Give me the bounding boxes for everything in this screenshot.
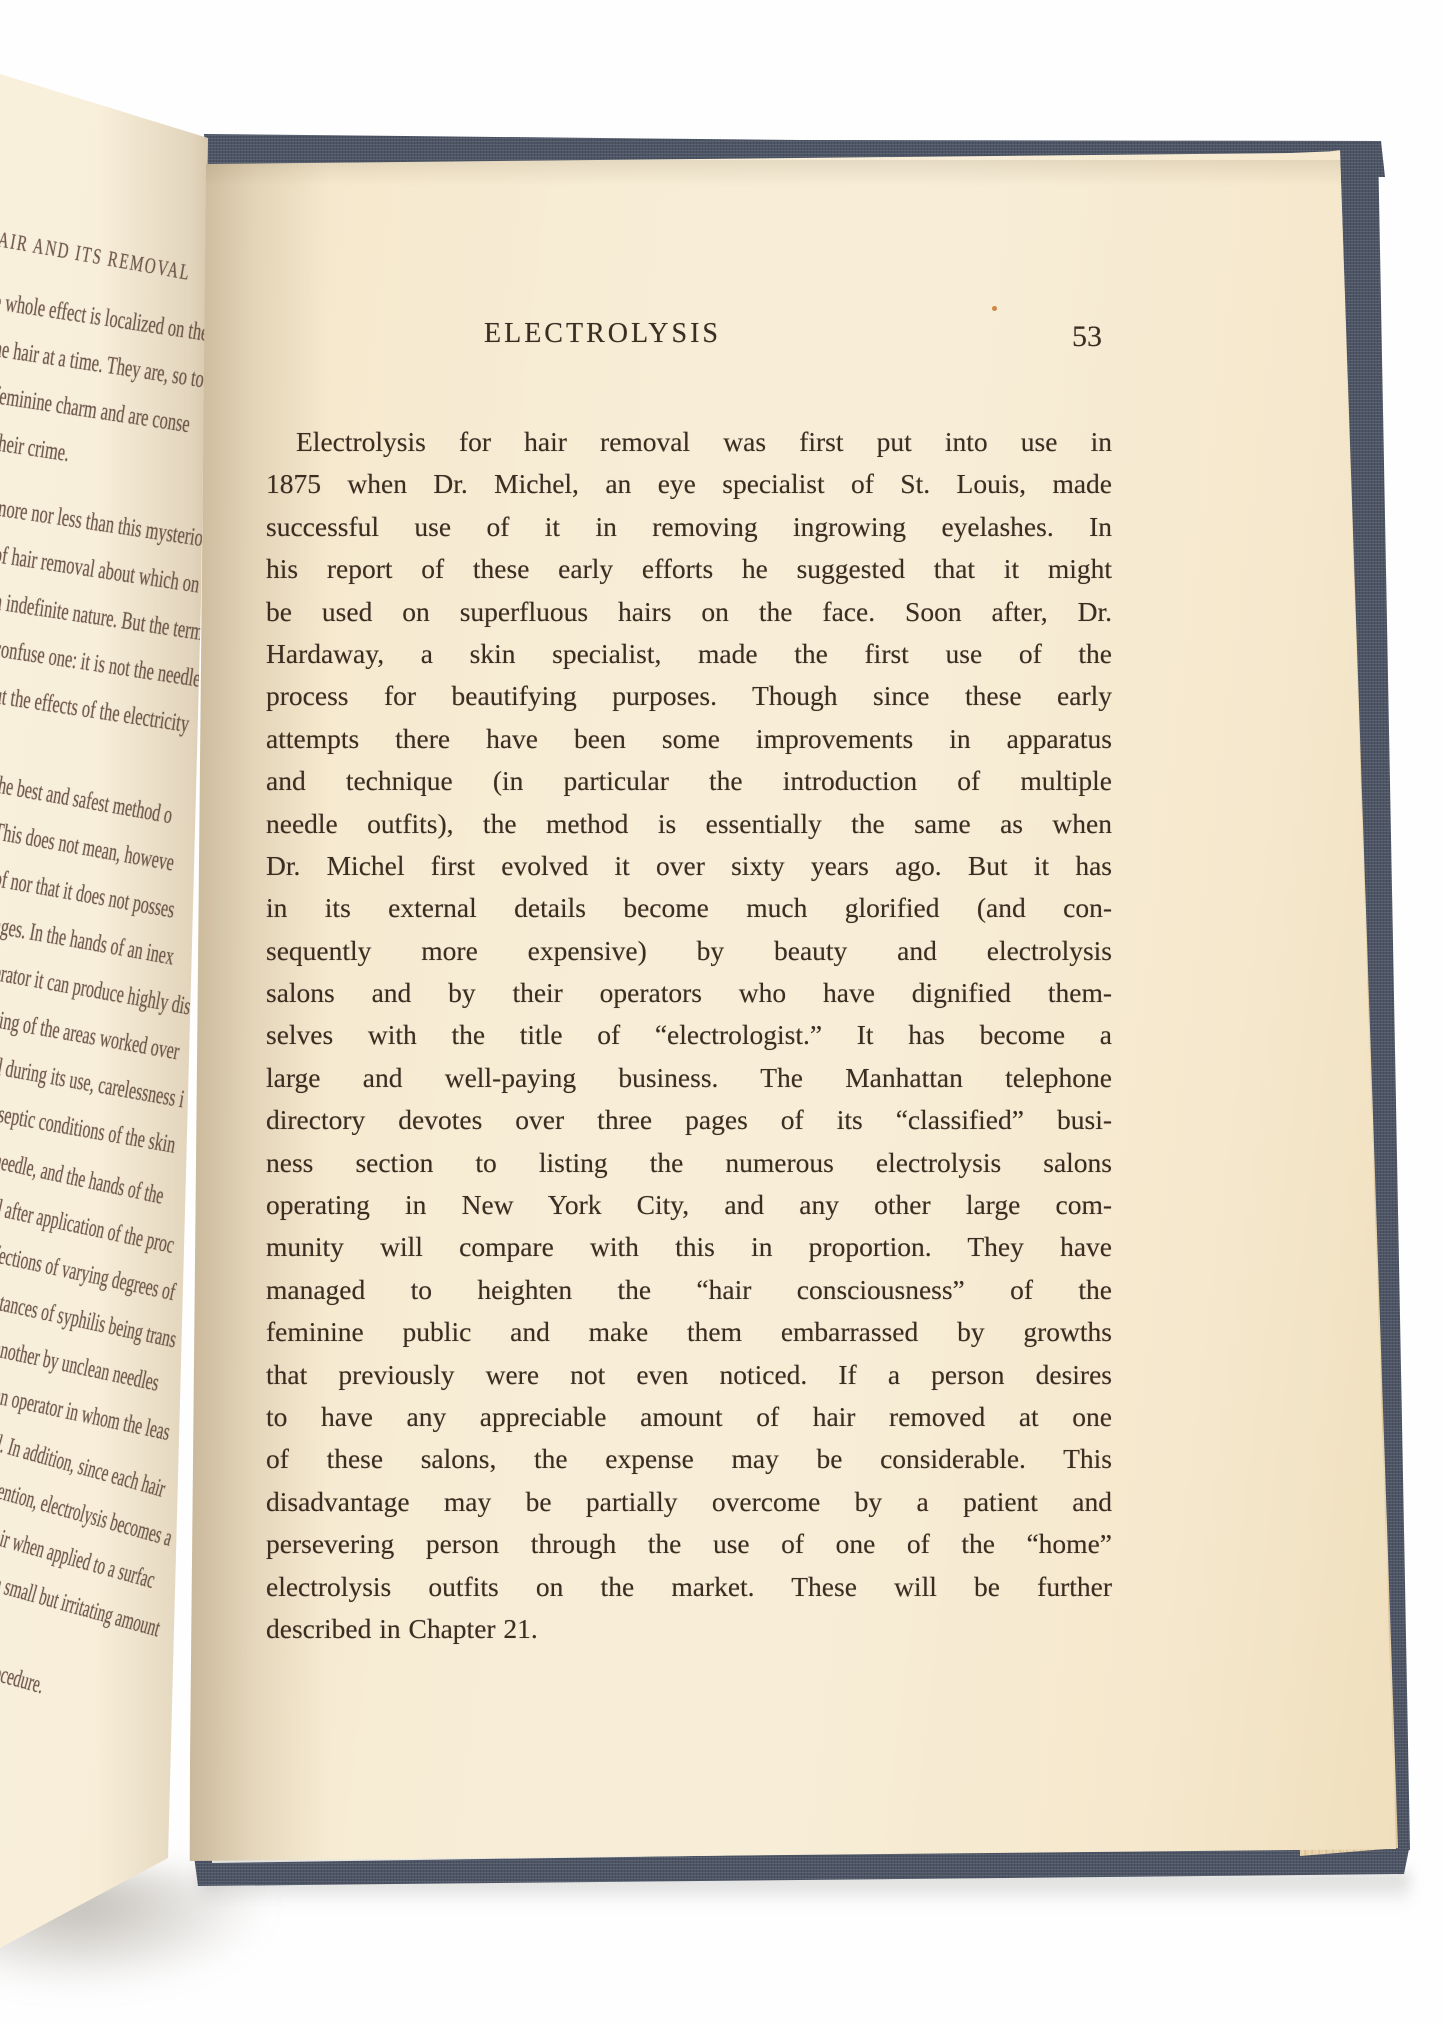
left-page-line: the best and safest method o — [0, 761, 389, 876]
page-top-shadow — [200, 160, 1360, 186]
left-page-line: ocedure. — [0, 1650, 359, 1795]
body-line: Dr. Michel first evolved it over sixty y… — [266, 845, 1112, 887]
page-number: 53 — [1072, 320, 1102, 354]
left-page-line: ne hair at a time. They are, so to — [0, 325, 402, 432]
body-line: be used on superfluous hairs on the face… — [266, 591, 1112, 633]
left-page-line: feminine charm and are conse — [0, 372, 402, 479]
body-line: described in Chapter 21. — [266, 1608, 1112, 1650]
body-line: process for beautifying purposes. Though… — [266, 675, 1112, 717]
main-page: ELECTROLYSIS 53 Electrolysis for hair re… — [0, 0, 1445, 2023]
book-photo: HAIR AND ITS REMOVAL e whole effect is l… — [0, 0, 1445, 2023]
left-page-line: iseptic conditions of the skin — [0, 1090, 389, 1205]
body-line: electrolysis outfits on the market. Thes… — [266, 1566, 1112, 1608]
body-line: of these salons, the expense may be cons… — [266, 1438, 1112, 1480]
left-page-line: stances of syphilis being trans — [0, 1279, 375, 1405]
left-page-line: d after application of the proc — [0, 1185, 375, 1311]
body-line: Electrolysis for hair removal was first … — [266, 421, 1112, 463]
left-page-line: erator it can produce highly dis — [0, 949, 389, 1064]
left-page-text: HAIR AND ITS REMOVAL e whole effect is l… — [0, 212, 614, 1696]
body-line: sequently more expensive) by beauty and … — [266, 930, 1112, 972]
body-line: feminine public and make them embarrasse… — [266, 1311, 1112, 1353]
left-page-line: d. In addition, since each hair — [0, 1420, 359, 1565]
left-page-line: their crime. — [0, 419, 402, 526]
body-line: ness section to listing the numerous ele… — [266, 1142, 1112, 1184]
left-page-line: air when applied to a surfac — [0, 1514, 359, 1659]
left-page-line: needle, and the hands of the — [0, 1138, 375, 1264]
body-line: his report of these early efforts he sug… — [266, 548, 1112, 590]
body-line: that previously were not even noticed. I… — [266, 1354, 1112, 1396]
page-header: ELECTROLYSIS 53 — [266, 318, 1112, 362]
body-line: salons and by their operators who have d… — [266, 972, 1112, 1014]
left-page-line: n small but irritating amount — [0, 1561, 359, 1706]
body-line: selves with the title of “electrologist.… — [266, 1014, 1112, 1056]
body-line: disadvantage may be partially overcome b… — [266, 1481, 1112, 1523]
body-line: Hardaway, a skin specialist, made the fi… — [266, 633, 1112, 675]
left-page-line: another by unclean needles — [0, 1326, 375, 1452]
body-line: persevering person through the use of on… — [266, 1523, 1112, 1565]
body-text: Electrolysis for hair removal was first … — [266, 421, 1112, 1650]
left-page-line: e whole effect is localized on the — [0, 278, 402, 385]
fore-edge-pages — [0, 0, 1445, 2023]
left-page-line: confuse one: it is not the needle — [0, 625, 402, 732]
page-fleck — [992, 306, 997, 311]
left-page-line: of nor that it does not posses — [0, 855, 389, 970]
left-page-line: tention, electrolysis becomes a — [0, 1467, 359, 1612]
book-cover-bottom-edge — [0, 0, 1445, 2023]
left-page-line: an operator in whom the leas — [0, 1373, 375, 1499]
left-page: HAIR AND ITS REMOVAL e whole effect is l… — [0, 0, 1445, 2023]
body-line: 1875 when Dr. Michel, an eye specialist … — [266, 463, 1112, 505]
body-line: to have any appreciable amount of hair r… — [266, 1396, 1112, 1438]
left-page-line: ring of the areas worked over — [0, 996, 389, 1111]
body-line: munity will compare with this in proport… — [266, 1226, 1112, 1268]
left-page-line: fections of varying degrees of — [0, 1232, 375, 1358]
body-line: and technique (in particular the introdu… — [266, 760, 1112, 802]
body-line: needle outfits), the method is essential… — [266, 803, 1112, 845]
book-cover-top-edge — [0, 0, 1445, 2023]
body-line: large and well-paying business. The Manh… — [266, 1057, 1112, 1099]
left-page-line: d during its use, carelessness i — [0, 1043, 389, 1158]
body-line: directory devotes over three pages of it… — [266, 1099, 1112, 1141]
left-page-line: This does not mean, howeve — [0, 808, 389, 923]
page-block-bottom-highlight — [0, 0, 1445, 2023]
left-page-lines: e whole effect is localized on thene hai… — [0, 278, 614, 1696]
running-head: ELECTROLYSIS — [484, 318, 721, 350]
body-line: operating in New York City, and any othe… — [266, 1184, 1112, 1226]
left-page-running-head: HAIR AND ITS REMOVAL — [0, 212, 411, 335]
left-page-line: more nor less than this mysterio — [0, 484, 402, 591]
left-page-line: of hair removal about which on — [0, 531, 402, 638]
body-line: attempts there have been some improvemen… — [266, 718, 1112, 760]
left-page-line: ut the effects of the electricity — [0, 672, 402, 779]
left-page-fold-shadow — [96, 70, 216, 1960]
book-shadow — [200, 1872, 1410, 1906]
body-line: managed to heighten the “hair consciousn… — [266, 1269, 1112, 1311]
body-line: successful use of it in removing ingrowi… — [266, 506, 1112, 548]
page-fleck — [1090, 1206, 1093, 1209]
gutter-shadow — [190, 150, 330, 1865]
book-cover-right-edge — [0, 0, 1445, 2023]
left-page-line: ages. In the hands of an inex — [0, 902, 389, 1017]
body-line: in its external details become much glor… — [266, 887, 1112, 929]
left-page-line: n indefinite nature. But the term — [0, 578, 402, 685]
